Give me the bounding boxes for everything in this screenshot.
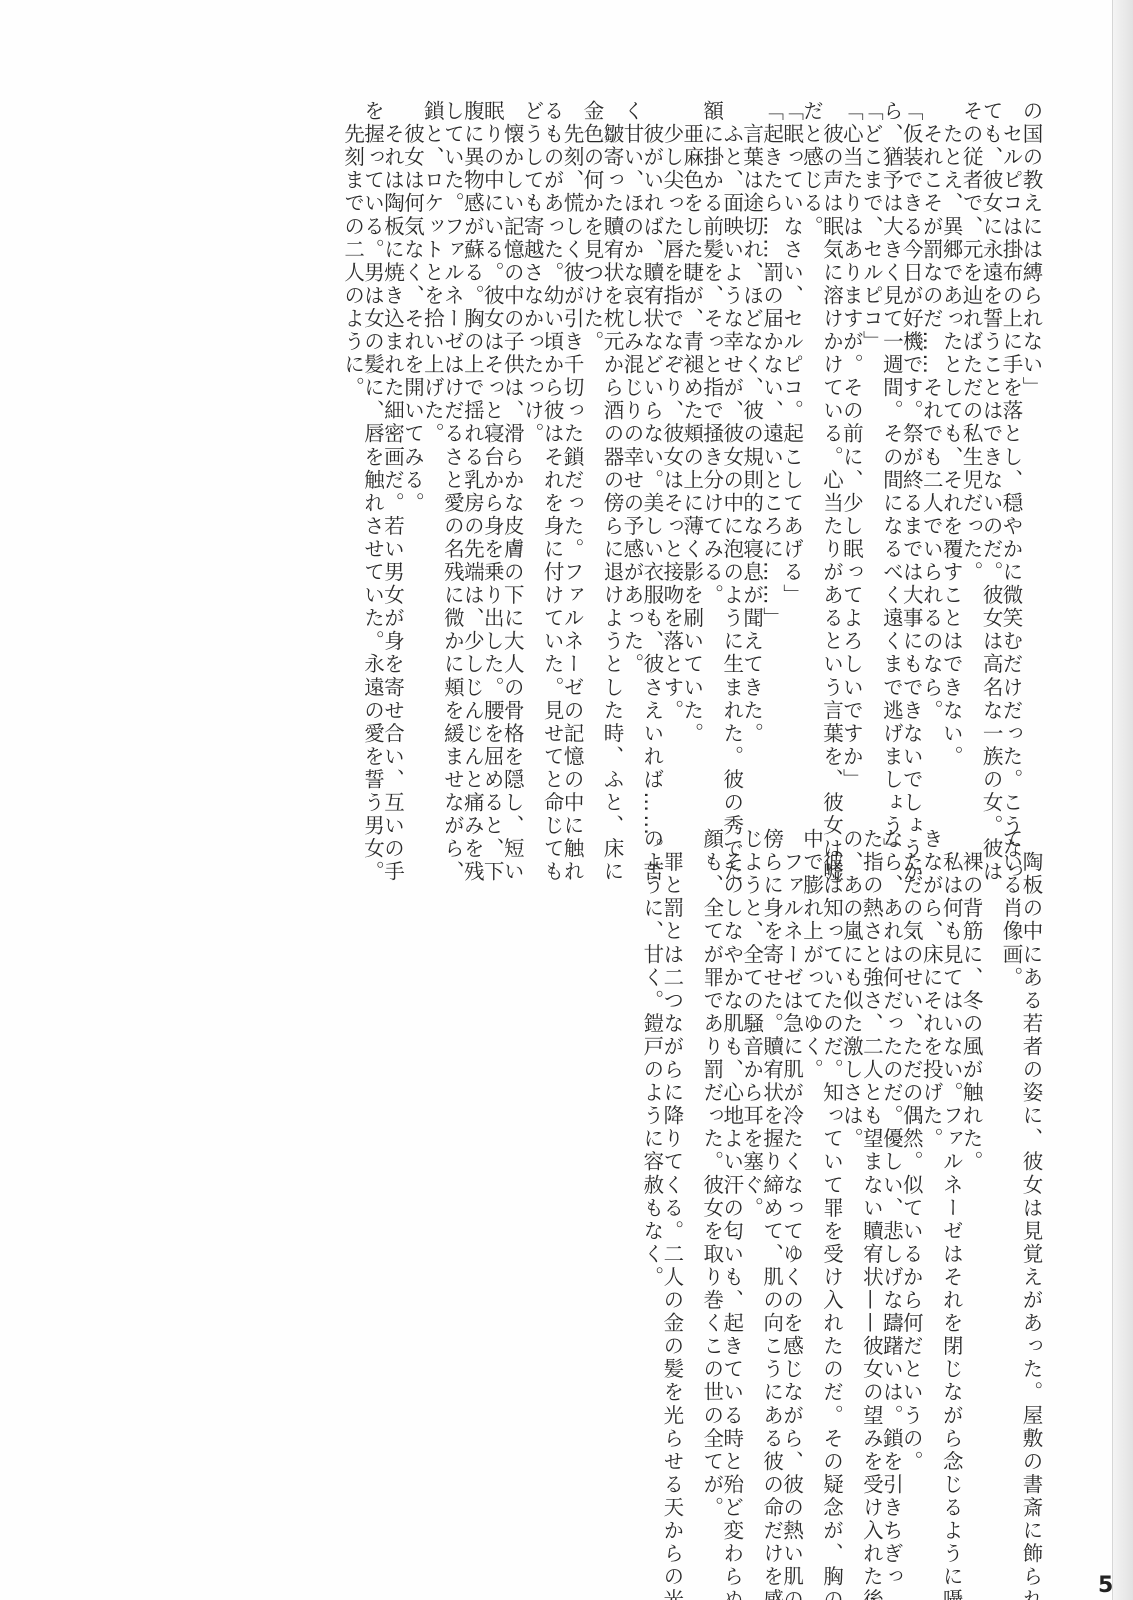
text-column: 陶板の中にある若者の姿に、彼女は見覚えがあった。屋敷の書斎に飾られ <box>1020 828 1040 1528</box>
text-column: 裸の背筋に、冬の風が触れた。 <box>960 828 980 1528</box>
text-column: 眠りの中にいる。彼女はそっと寝台から身を乗り出した。腰を屈めると、下 <box>481 100 501 800</box>
text-column: たとえ、異郷であったとしても、それを覆すことはできない。 <box>940 100 960 800</box>
text-column: 腹に異物感が蘇る。胸の上で揺れる乳房の先端は、少しじんじんと痛みを残 <box>461 100 481 800</box>
text-column: セルピコは掛布の上に手を落とし、穏やかに微笑むだけだった。こうなっ <box>1000 100 1020 800</box>
text-column: た指の熱さと強さ、二人とも望まない贖宥状——彼女の望みを受け入れた後 <box>860 828 880 1528</box>
text-column: のように、甘く。鎧戸のように容赦もなく。 <box>641 828 661 1528</box>
text-column: ても、彼女に永遠を誓うことはできないのだ。彼女は高名な一族の女。彼は <box>980 100 1000 800</box>
text-column: 皺寄った贖宥状を枕元から酒の器の傍らに退けようとした時、ふと、床に <box>601 100 621 800</box>
text-column: 私は何も見てはいない。ファルネーゼはそれを閉じながら念じるように囁 <box>940 828 960 1528</box>
text-column: きながら、床にそれを投げた。 <box>920 828 940 1528</box>
book-page: の国の教えには縛られない」 セルピコは掛布の上に手を落とし、穏やかに微笑むだけだ… <box>0 0 1133 1600</box>
text-column: ている肖像画。 <box>1000 828 1020 1528</box>
text-column: 鎖と、ロケットとを拾い上げた。 <box>421 100 441 800</box>
text-column <box>980 828 1000 1528</box>
page-edge <box>1112 0 1133 1600</box>
text-block-bottom: 陶板の中にある若者の姿に、彼女は見覚えがあった。屋敷の書斎に飾られている肖像画。… <box>641 828 1040 1528</box>
text-column: 「心当たりはありますが。その前に、少し眠ってよろしいですか」 <box>840 100 860 800</box>
text-column: その従者で、元を辿ればただの私生児だった。 <box>960 100 980 800</box>
text-column: るものがあった。幼い頃から彼はそれを身に付けていた。見せてと命じても <box>541 100 561 800</box>
text-column: 金色の何かを見つけた。 <box>581 100 601 800</box>
text-column: 「どこまで、セルピコ」 <box>860 100 880 800</box>
text-column: 懐かしい記憶の中の子供は、滑らかな皮膚の下に大人の骨格を隠し、短い <box>501 100 521 800</box>
text-column: 先刻までの二人のように。 <box>342 100 362 800</box>
text-column: なら、あれは何だったのだ。優しい、悲しげな躊躇いは。鎖を引きちぎっ <box>880 828 900 1528</box>
text-column: どうしても寄越さなかったっけ。 <box>521 100 541 800</box>
text-column: の国の教えには縛られない」 <box>1020 100 1040 800</box>
text-column: ら、猶予は大きく見て一週間。その間になるべく遠くまで逃げましょう」 <box>880 100 900 800</box>
text-column: の、あの嵐にも似た激しさは。 <box>840 828 860 1528</box>
text-column: それこそが罰なのだ……それでも二人でいられるのなら。 <box>920 100 940 800</box>
page-number: 5 <box>1098 1574 1112 1598</box>
text-block-top: の国の教えには縛られない」 セルピコは掛布の上に手を落とし、穏やかに微笑むだけだ… <box>342 100 1040 800</box>
text-column: していた。ファルネーゼはけだるさと愛の名残に微かに頬を緩ませながら、 <box>441 100 461 800</box>
text-column: 先刻、慌しく彼が引き千切った鎖だった。ファルネーゼの記憶の中に触れ <box>561 100 581 800</box>
text-column: 「仮装できる今日が好機です。祭が終るまでは大事にもできないでしょうか <box>900 100 920 800</box>
text-column: 顔も、全てが罪であり罰だった。彼女を取り巻くこの世の全てが。 <box>701 828 721 1528</box>
text-column: ただの気のせい、ただの偶然。似ているから何だというの。 <box>900 828 920 1528</box>
